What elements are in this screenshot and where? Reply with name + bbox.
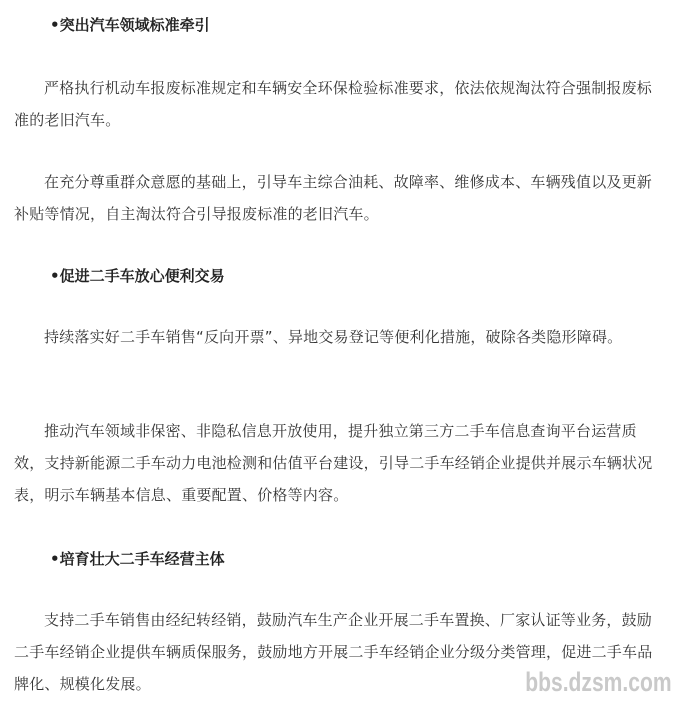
section-heading-used-car-dealers: •培育壮大二手车经营主体 <box>50 548 225 569</box>
paragraph: 持续落实好二手车销售“反向开票”、异地交易登记等便利化措施，破除各类隐形障碍。 <box>14 321 664 353</box>
watermark: bbs.dzsm.com <box>526 667 672 698</box>
paragraph: 在充分尊重群众意愿的基础上，引导车主综合油耗、故障率、维修成本、车辆残值以及更新… <box>14 166 664 230</box>
paragraph: 严格执行机动车报废标准规定和车辆安全环保检验标准要求，依法依规淘汰符合强制报废标… <box>14 72 664 136</box>
section-heading-used-car-trading: •促进二手车放心便利交易 <box>50 265 225 286</box>
section-heading-standards: •突出汽车领域标准牵引 <box>50 14 210 35</box>
paragraph: 推动汽车领域非保密、非隐私信息开放使用，提升独立第三方二手车信息查询平台运营质效… <box>14 415 664 511</box>
